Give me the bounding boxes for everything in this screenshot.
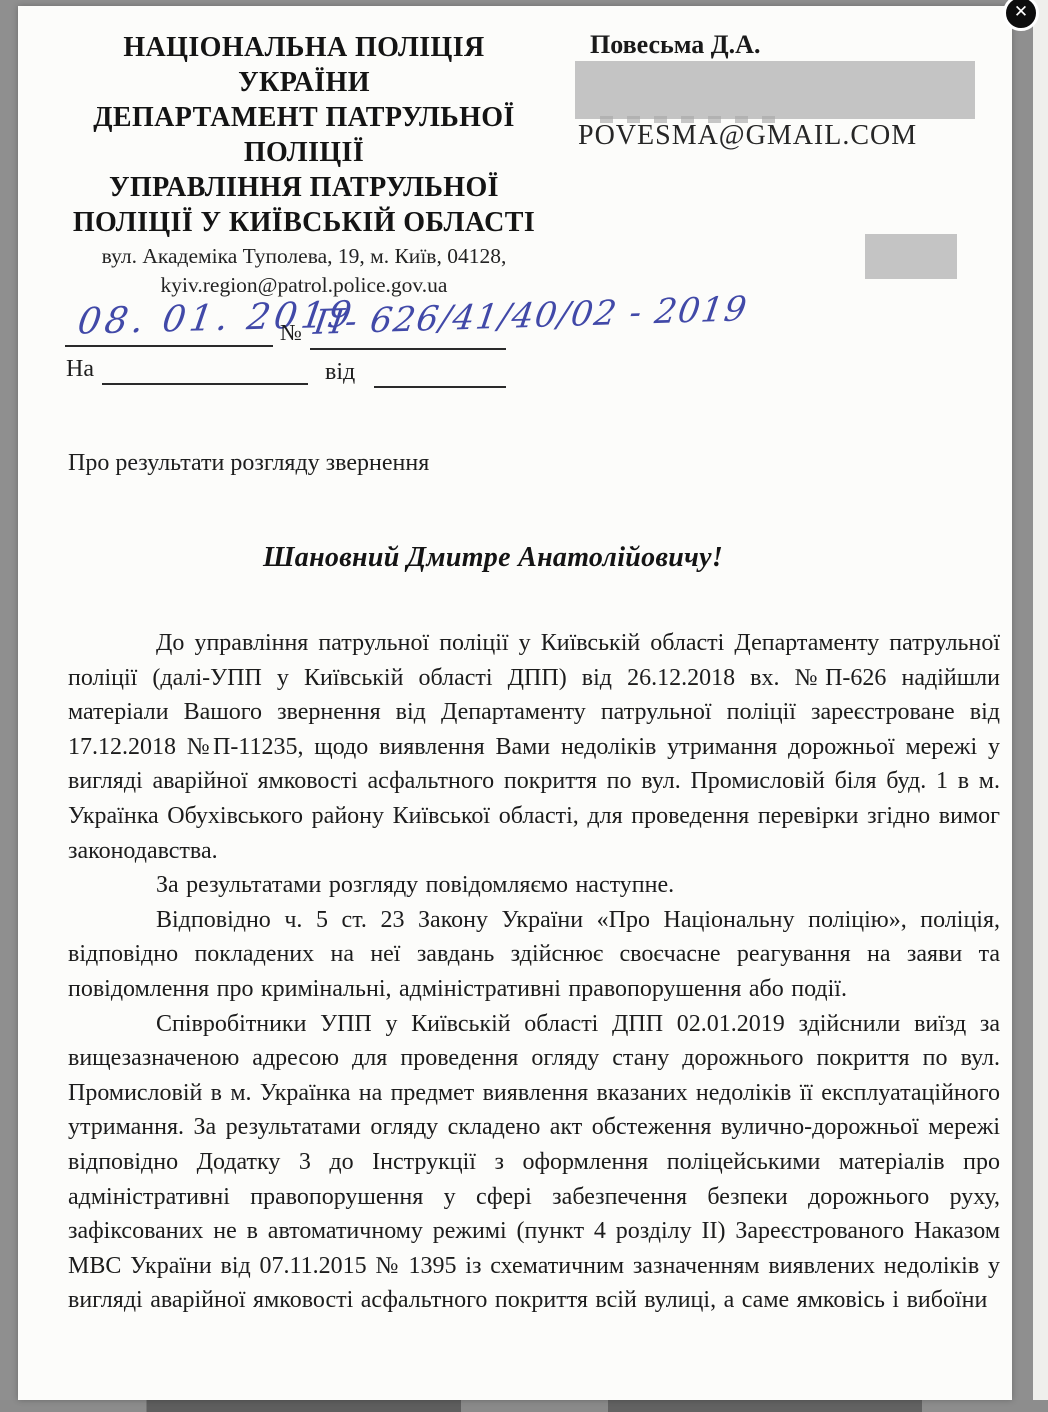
redaction-box-address: [575, 61, 975, 119]
org-line: ПОЛІЦІЇ: [48, 135, 560, 170]
org-line: УПРАВЛІННЯ ПАТРУЛЬНОЇ: [48, 170, 560, 205]
right-edge-highlight: [1033, 0, 1048, 1412]
number-sign-label: №: [280, 320, 302, 346]
letter-body: До управління патрульної поліції у Київс…: [68, 626, 1000, 1318]
document-page: НАЦІОНАЛЬНА ПОЛІЦІЯ УКРАЇНИ ДЕПАРТАМЕНТ …: [18, 6, 1012, 1400]
body-paragraph: Співробітники УПП у Київській області ДП…: [68, 1007, 1000, 1318]
letterhead-contact: вул. Академіка Туполева, 19, м. Київ, 04…: [48, 242, 560, 300]
number-underline: [310, 348, 506, 350]
org-line: ДЕПАРТАМЕНТ ПАТРУЛЬНОЇ: [48, 100, 560, 135]
addressee-name: Повесьма Д.А.: [590, 30, 760, 60]
na-underline: [102, 383, 308, 385]
subject-line: Про результати розгляду звернення: [68, 450, 429, 477]
date-underline: [65, 345, 273, 347]
salutation: Шановний Дмитре Анатолійовичу!: [0, 542, 990, 574]
org-line: УКРАЇНИ: [48, 65, 560, 100]
vid-label: від: [325, 359, 355, 386]
close-icon: ✕: [1014, 4, 1028, 21]
body-paragraph: Відповідно ч. 5 ст. 23 Закону України «П…: [68, 903, 1000, 1007]
letterhead-org-name: НАЦІОНАЛЬНА ПОЛІЦІЯ УКРАЇНИ ДЕПАРТАМЕНТ …: [48, 30, 560, 240]
body-paragraph: До управління патрульної поліції у Київс…: [68, 626, 1000, 868]
org-line: НАЦІОНАЛЬНА ПОЛІЦІЯ: [48, 30, 560, 65]
na-label: На: [66, 356, 94, 383]
bottom-edge-shadow: [0, 1400, 1048, 1412]
vid-underline: [374, 386, 506, 388]
addressee-email: POVESMA@GMAIL.COM: [578, 120, 917, 152]
redaction-box-small: [865, 234, 957, 279]
body-paragraph: За результатами розгляду повідомляємо на…: [68, 868, 1000, 903]
letterhead-address: вул. Академіка Туполева, 19, м. Київ, 04…: [48, 242, 560, 271]
org-line: ПОЛІЦІЇ У КИЇВСЬКІЙ ОБЛАСТІ: [48, 205, 560, 240]
